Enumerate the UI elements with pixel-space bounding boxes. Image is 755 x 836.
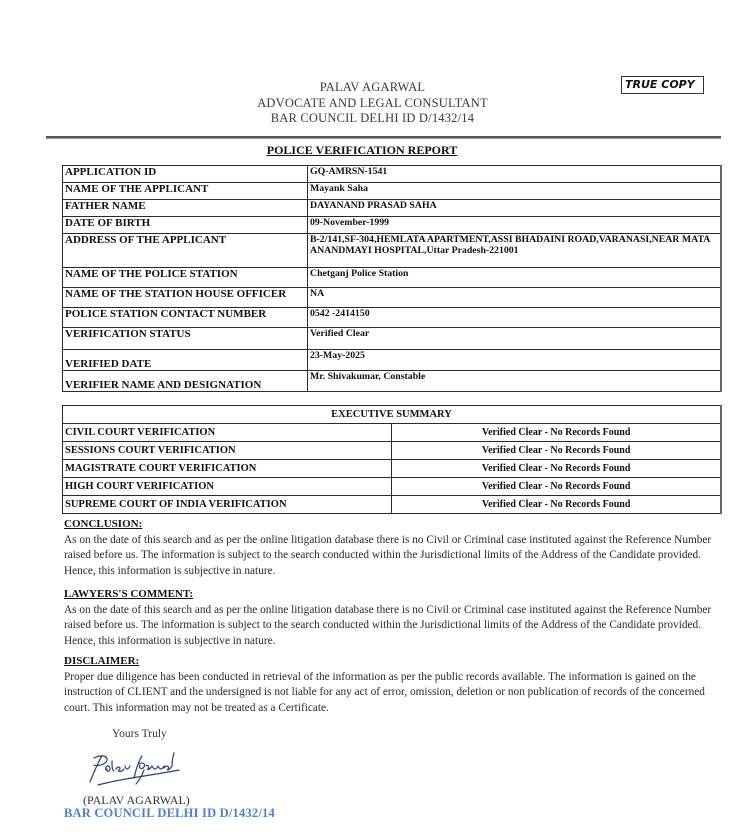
summary-value: Verified Clear - No Records Found <box>392 442 721 460</box>
signature-image <box>84 748 184 790</box>
report-title: POLICE VERIFICATION REPORT <box>0 143 724 158</box>
conclusion-section: CONCLUSION: As on the date of this searc… <box>64 517 724 579</box>
summary-row: CIVIL COURT VERIFICATIONVerified Clear -… <box>63 424 722 442</box>
summary-label: SESSIONS COURT VERIFICATION <box>63 442 392 460</box>
summary-label: HIGH COURT VERIFICATION <box>63 478 392 496</box>
info-value: 23-May-2025 <box>308 350 722 371</box>
lawyers-comment-text: As on the date of this search and as per… <box>64 603 724 650</box>
summary-value: Verified Clear - No Records Found <box>392 478 721 496</box>
info-row: POLICE STATION CONTACT NUMBER0542 -24141… <box>63 308 722 328</box>
info-row: APPLICATION IDGQ-AMRSN-1541 <box>63 166 722 183</box>
info-row: ADDRESS OF THE APPLICANTB-2/141,SF-304,H… <box>63 234 722 268</box>
summary-label: MAGISTRATE COURT VERIFICATION <box>63 460 392 478</box>
true-copy-stamp: TRUE COPY <box>621 76 704 94</box>
advocate-role: ADVOCATE AND LEGAL CONSULTANT <box>0 96 755 112</box>
info-value: 0542 -2414150 <box>308 308 722 328</box>
advocate-bar-id: BAR COUNCIL DELHI ID D/1432/14 <box>0 111 755 127</box>
applicant-info-table: APPLICATION IDGQ-AMRSN-1541NAME OF THE A… <box>62 165 722 392</box>
info-row: VERIFIER NAME AND DESIGNATION Mr. Shivak… <box>63 371 722 392</box>
summary-row: SUPREME COURT OF INDIA VERIFICATIONVerif… <box>63 496 722 514</box>
info-value: Mr. Shivakumar, Constable <box>308 371 722 392</box>
executive-summary-header-row: EXECUTIVE SUMMARY <box>63 406 722 424</box>
conclusion-text: As on the date of this search and as per… <box>64 533 724 580</box>
summary-value: Verified Clear - No Records Found <box>392 496 721 514</box>
info-label: APPLICATION ID <box>63 166 308 183</box>
info-row: FATHER NAMEDAYANAND PRASAD SAHA <box>63 200 722 217</box>
summary-row: SESSIONS COURT VERIFICATIONVerified Clea… <box>63 442 722 460</box>
info-label: NAME OF THE APPLICANT <box>63 183 308 200</box>
lawyers-comment-section: LAWYERS'S COMMENT: As on the date of thi… <box>64 587 724 649</box>
info-value: Verified Clear <box>308 328 722 350</box>
info-label: NAME OF THE STATION HOUSE OFFICER <box>63 288 308 308</box>
info-row: DATE OF BIRTH09-November-1999 <box>63 217 722 234</box>
info-value: B-2/141,SF-304,HEMLATA APARTMENT,ASSI BH… <box>308 234 722 268</box>
closing-salutation: Yours Truly <box>112 728 167 740</box>
info-label: VERIFIER NAME AND DESIGNATION <box>63 371 308 392</box>
executive-summary-heading: EXECUTIVE SUMMARY <box>63 406 722 424</box>
header-divider <box>46 136 721 139</box>
info-row: NAME OF THE STATION HOUSE OFFICERNA <box>63 288 722 308</box>
info-label: NAME OF THE POLICE STATION <box>63 268 308 288</box>
info-label: VERIFICATION STATUS <box>63 328 308 350</box>
info-label: ADDRESS OF THE APPLICANT <box>63 234 308 268</box>
summary-row: HIGH COURT VERIFICATIONVerified Clear - … <box>63 478 722 496</box>
disclaimer-heading: DISCLAIMER: <box>64 654 724 670</box>
info-row: NAME OF THE POLICE STATIONChetganj Polic… <box>63 268 722 288</box>
summary-label: CIVIL COURT VERIFICATION <box>63 424 392 442</box>
disclaimer-section: DISCLAIMER: Proper due diligence has bee… <box>64 654 724 716</box>
info-label: POLICE STATION CONTACT NUMBER <box>63 308 308 328</box>
signatory-bar-id: BAR COUNCIL DELHI ID D/1432/14 <box>64 806 275 821</box>
info-label: VERIFIED DATE <box>63 350 308 371</box>
info-value: NA <box>308 288 722 308</box>
info-label: DATE OF BIRTH <box>63 217 308 234</box>
summary-row: MAGISTRATE COURT VERIFICATIONVerified Cl… <box>63 460 722 478</box>
disclaimer-text: Proper due diligence has been conducted … <box>64 670 724 717</box>
conclusion-heading: CONCLUSION: <box>64 517 724 533</box>
info-value: Chetganj Police Station <box>308 268 722 288</box>
info-value: Mayank Saha <box>308 183 722 200</box>
summary-value: Verified Clear - No Records Found <box>392 424 721 442</box>
info-row: VERIFICATION STATUSVerified Clear <box>63 328 722 350</box>
lawyers-comment-heading: LAWYERS'S COMMENT: <box>64 587 724 603</box>
info-value: 09-November-1999 <box>308 217 722 234</box>
summary-value: Verified Clear - No Records Found <box>392 460 721 478</box>
info-value: DAYANAND PRASAD SAHA <box>308 200 722 217</box>
executive-summary-table: EXECUTIVE SUMMARY CIVIL COURT VERIFICATI… <box>62 405 722 514</box>
summary-label: SUPREME COURT OF INDIA VERIFICATION <box>63 496 392 514</box>
info-row: NAME OF THE APPLICANTMayank Saha <box>63 183 722 200</box>
info-label: FATHER NAME <box>63 200 308 217</box>
info-row: VERIFIED DATE23-May-2025 <box>63 350 722 371</box>
info-value: GQ-AMRSN-1541 <box>308 166 722 183</box>
